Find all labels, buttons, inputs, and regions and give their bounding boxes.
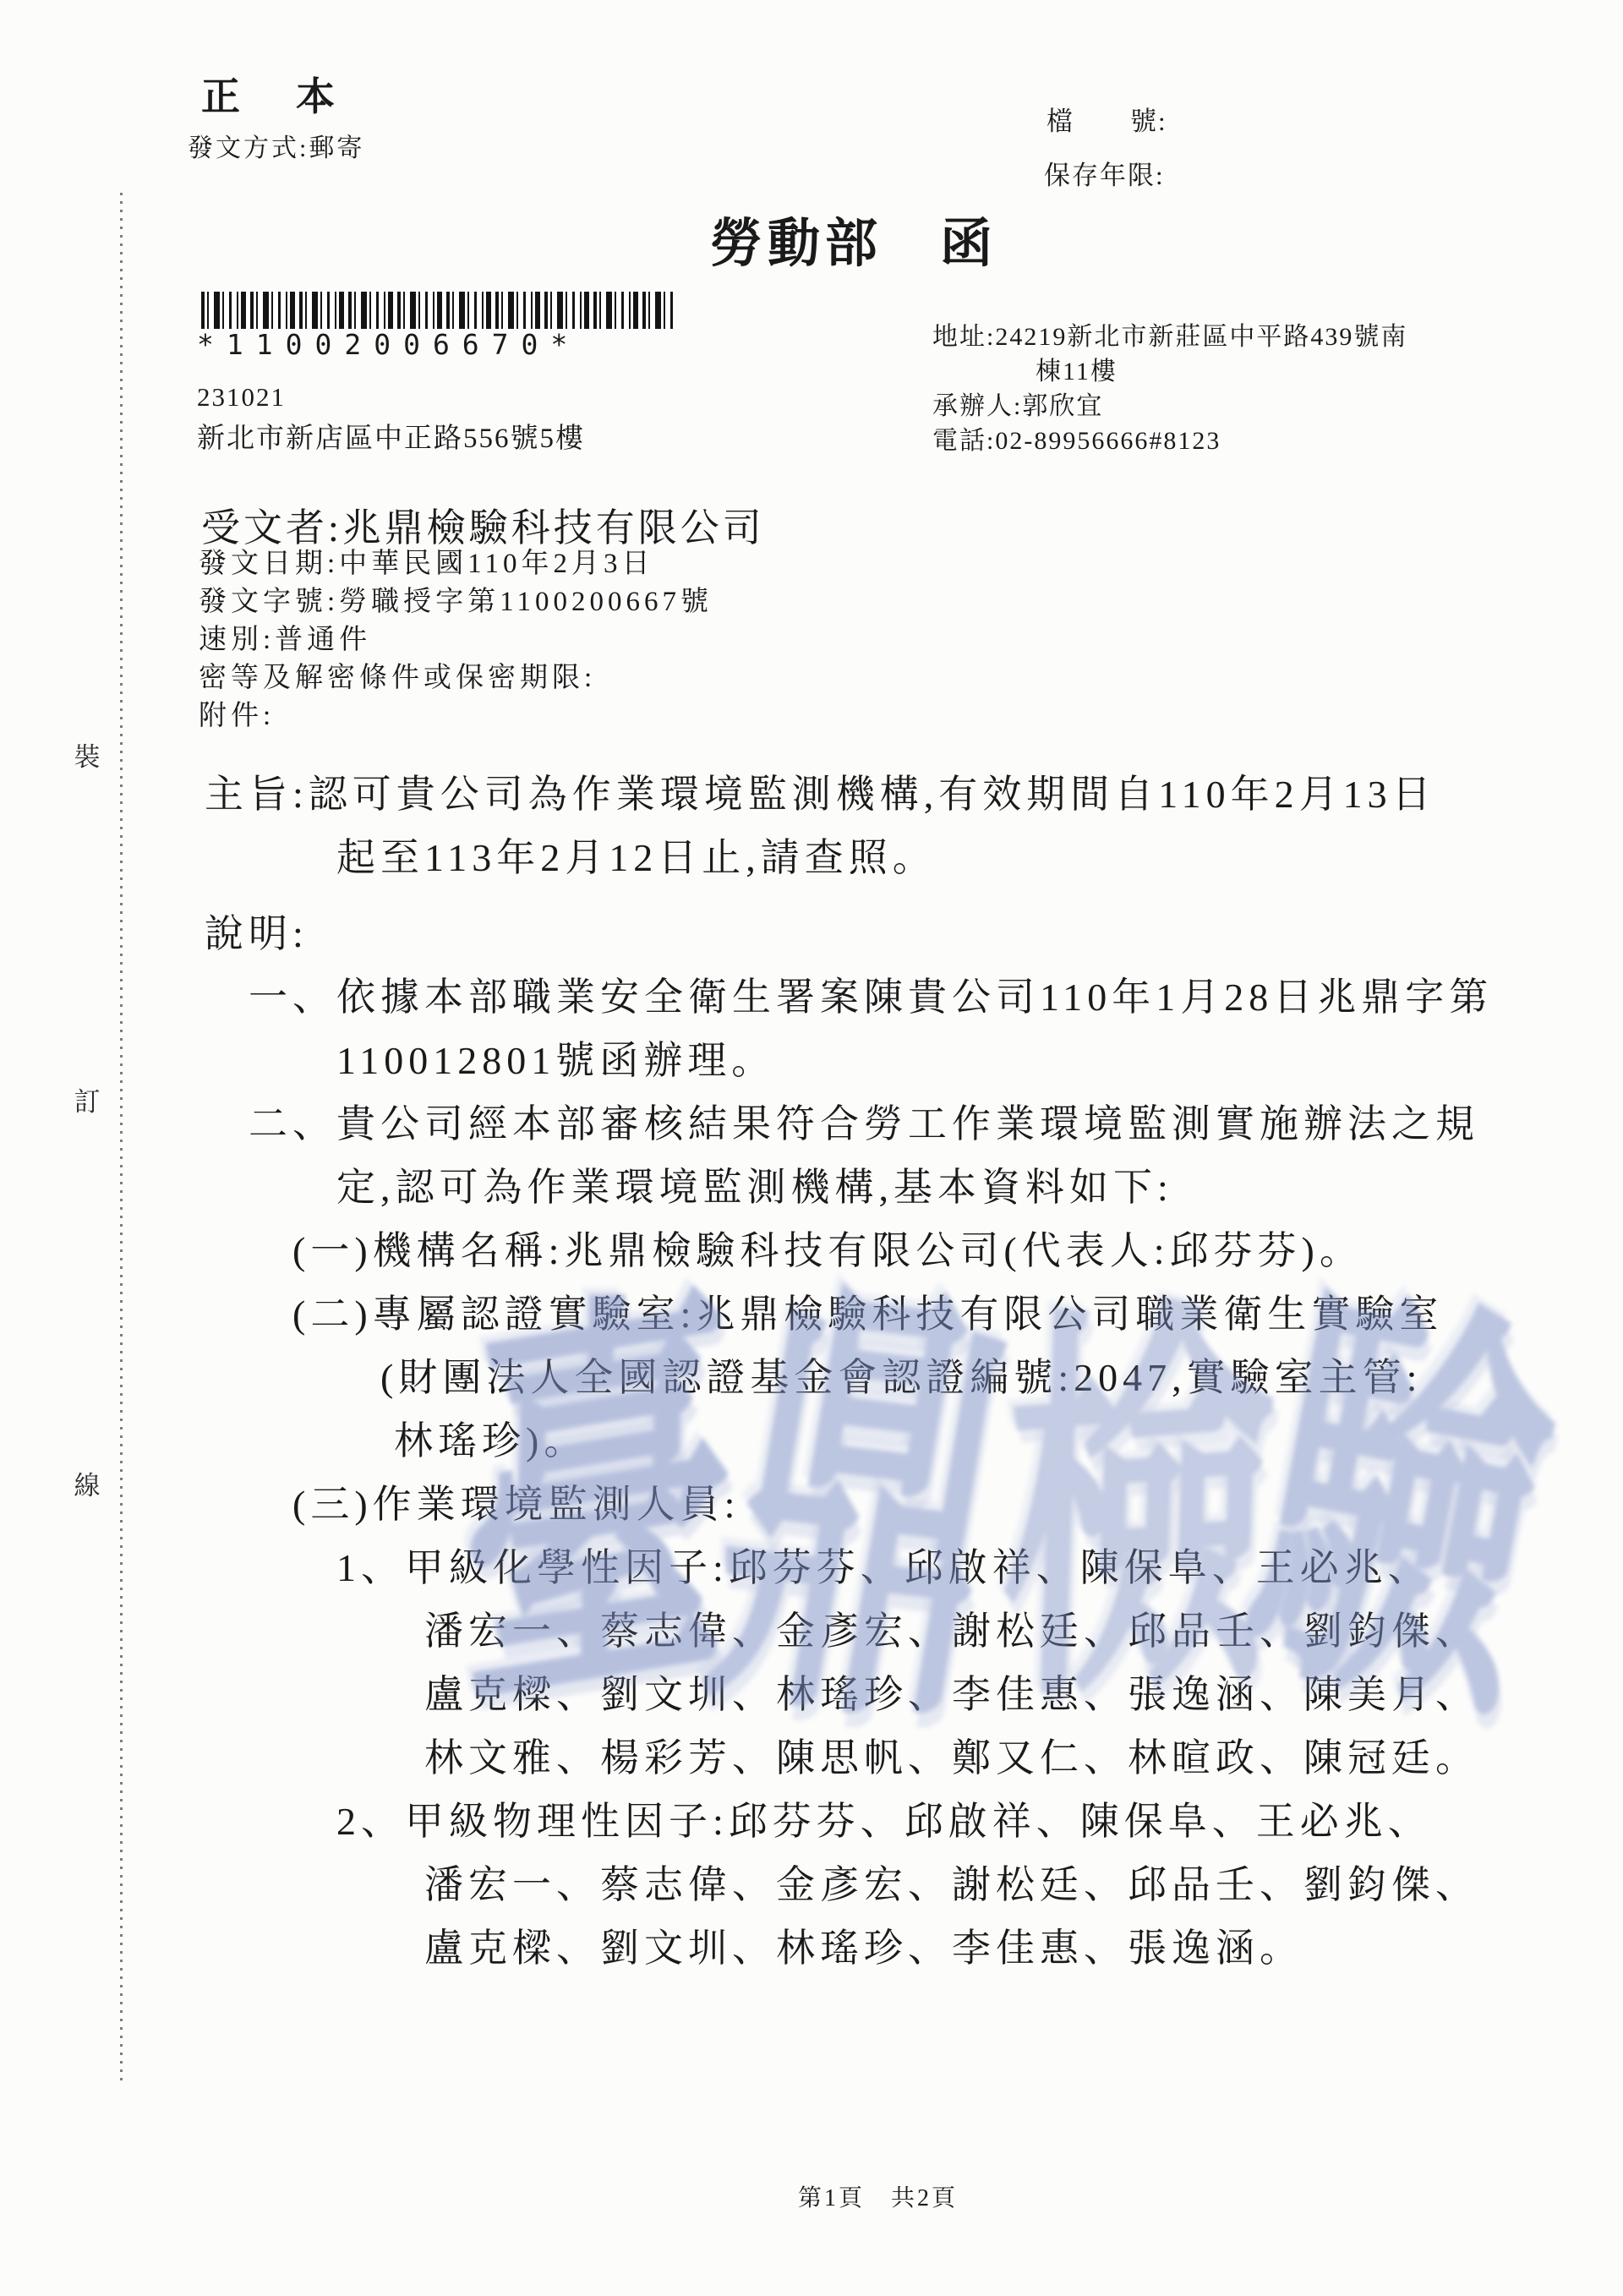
barcode-icon [201,292,675,329]
speed-class: 速別:普通件 [199,621,713,659]
copy-type-label: 正 本 [201,66,343,122]
recipient-street-address: 新北市新店區中正路556號5樓 [197,416,585,456]
sender-address-line2: 棟11樓 [932,354,1407,389]
sub-item-1-institution-name: (一)機構名稱:兆鼎檢驗科技有限公司(代表人:邱芬芬)。 [205,1219,1523,1282]
binding-mark-zhuang: 裝 [68,735,107,774]
sender-address-line1: 地址:24219新北市新莊區中平路439號南 [932,320,1407,354]
barcode-number: *11002006670* [197,328,683,361]
file-number-label: 檔 號: [1046,100,1167,138]
official-letter-page: 正 本 發文方式:郵寄 檔 號: 保存年限: 勞動部 函 *1100200667… [0,0,1623,2296]
binding-mark-ding: 訂 [68,1080,107,1118]
subject-line-1: 主旨:認可貴公司為作業環境監測機構,有效期間自110年2月13日 [205,763,1523,826]
letter-body: 主旨:認可貴公司為作業環境監測機構,有效期間自110年2月13日 起至113年2… [205,763,1523,1980]
retention-period-label: 保存年限: [1044,154,1165,192]
sub-item-2-lab-line-3: 林瑤珍)。 [205,1409,1523,1473]
explanation-heading: 說明: [205,902,1523,965]
item-2-line-2: 定,認可為作業環境監測機構,基本資料如下: [205,1156,1523,1219]
sender-contact-block: 地址:24219新北市新莊區中平路439號南 棟11樓 承辦人:郭欣宜 電話:0… [932,320,1407,458]
chemical-factor-line-2: 潘宏一、蔡志偉、金彥宏、謝松廷、邱品壬、劉鈞傑、 [205,1599,1523,1663]
item-2-line-1: 二、貴公司經本部審核結果符合勞工作業環境監測實施辦法之規 [205,1092,1523,1156]
item-1-line-2: 110012801號函辦理。 [205,1029,1523,1092]
sender-phone: 電話:02-89956666#8123 [932,424,1407,458]
security-class: 密等及解密條件或保密期限: [199,659,713,697]
chemical-factor-line-4: 林文雅、楊彩芳、陳思帆、鄭又仁、林暄政、陳冠廷。 [205,1726,1523,1790]
physical-factor-line-2: 潘宏一、蔡志偉、金彥宏、謝松廷、邱品壬、劉鈞傑、 [205,1853,1523,1916]
binding-mark-xian: 線 [68,1464,107,1502]
page-number-footer: 第1頁 共2頁 [798,2179,958,2213]
letter-meta-block: 發文日期:中華民國110年2月3日 發文字號:勞職授字第1100200667號 … [199,545,713,735]
sub-item-2-lab-line-1: (二)專屬認證實驗室:兆鼎檢驗科技有限公司職業衛生實驗室 [205,1282,1523,1346]
recipient-zip-code: 231021 [197,382,286,413]
sender-contact-person: 承辦人:郭欣宜 [932,389,1407,424]
binding-dotted-line [120,193,123,2082]
issue-number: 發文字號:勞職授字第1100200667號 [199,583,713,621]
issue-date: 發文日期:中華民國110年2月3日 [199,545,713,583]
subject-line-2: 起至113年2月12日止,請查照。 [205,826,1523,889]
chemical-factor-line-3: 盧克樑、劉文圳、林瑤珍、李佳惠、張逸涵、陳美月、 [205,1663,1523,1726]
physical-factor-line-3: 盧克樑、劉文圳、林瑤珍、李佳惠、張逸涵。 [205,1916,1523,1980]
sub-item-2-lab-line-2: (財團法人全國認證基金會認證編號:2047,實驗室主管: [205,1346,1523,1409]
item-1-line-1: 一、依據本部職業安全衛生署案陳貴公司110年1月28日兆鼎字第 [205,965,1523,1029]
delivery-method-label: 發文方式:郵寄 [188,127,364,164]
attachment-label: 附件: [199,697,713,735]
document-title: 勞動部 函 [710,201,997,276]
chemical-factor-line-1: 1、甲級化學性因子:邱芬芬、邱啟祥、陳保阜、王必兆、 [205,1536,1523,1599]
sub-item-3-personnel-heading: (三)作業環境監測人員: [205,1473,1523,1536]
physical-factor-line-1: 2、甲級物理性因子:邱芬芬、邱啟祥、陳保阜、王必兆、 [205,1790,1523,1853]
